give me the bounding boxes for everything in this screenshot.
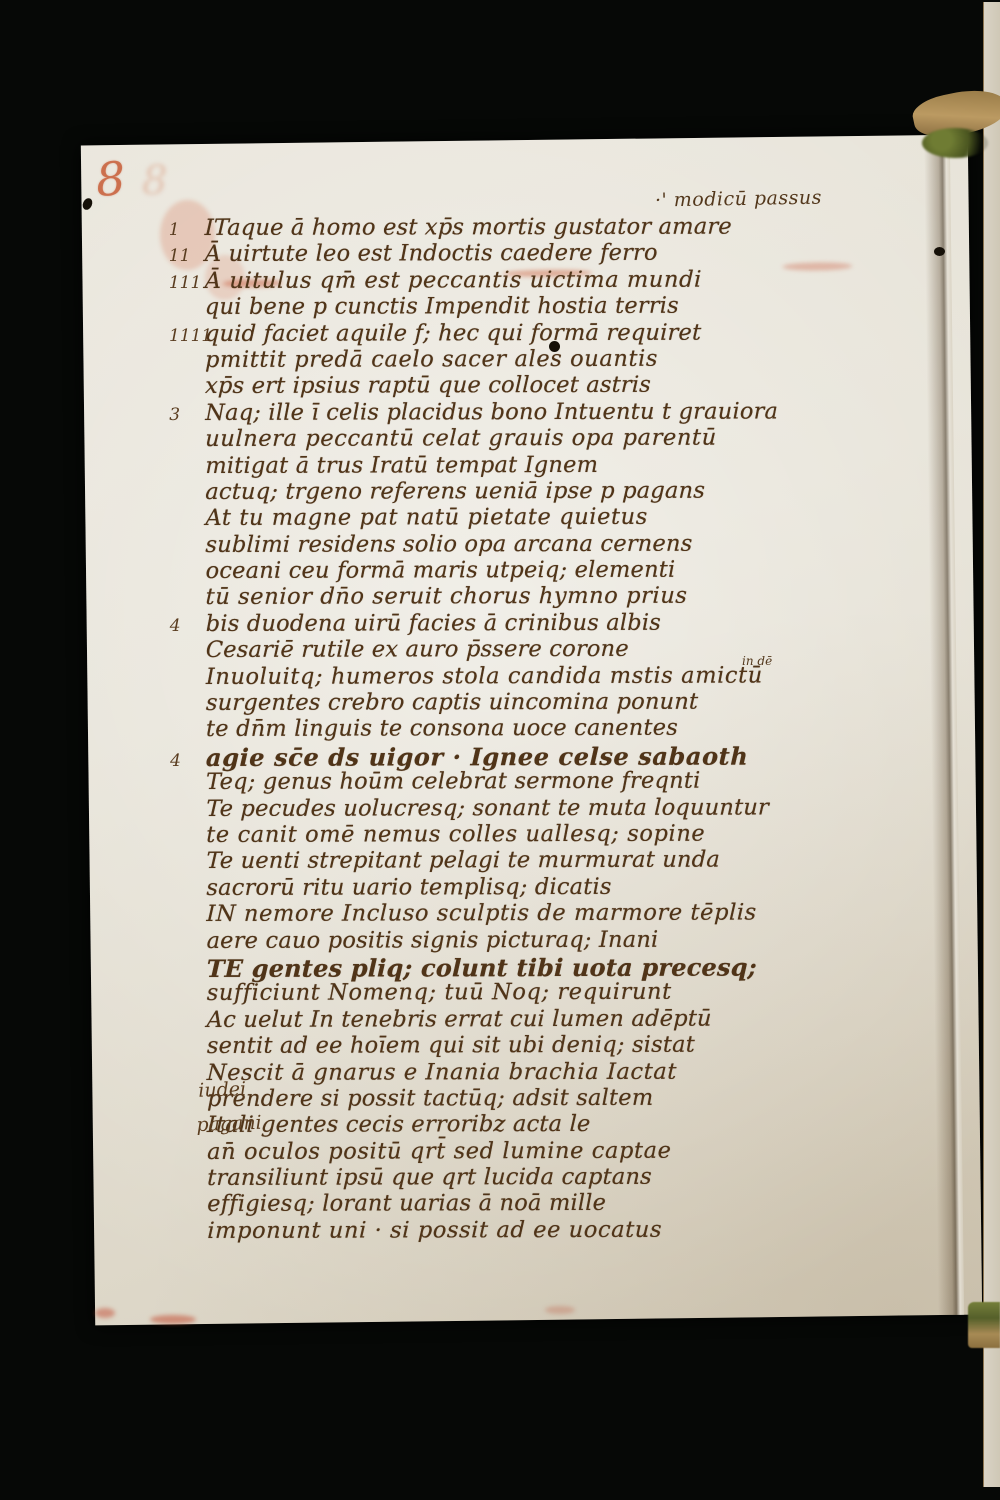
line-text: sacrorū ritu uario templisq; dicatis xyxy=(206,874,611,901)
binding-edge-bottom xyxy=(968,1302,1000,1348)
manuscript-line: qui bene p cunctis Impendit hostia terri… xyxy=(169,292,959,320)
line-text: mitigat ā trus Iratū tempat Ignem xyxy=(205,451,598,478)
manuscript-line: transiliunt ipsū que qrt lucida captans xyxy=(171,1163,961,1191)
line-text: Itali gentes cecis erroribz acta le xyxy=(207,1111,591,1138)
manuscript-line: aere cauo positis signis picturaq; Inani xyxy=(171,926,961,954)
manuscript-line: 11Ā uirtute leo est Indoctis caedere fer… xyxy=(169,239,959,267)
manuscript-line: xp̄s ert ipsius raptū que collocet astri… xyxy=(169,371,959,399)
line-text: tū senior dn̄o seruit chorus hymno prius xyxy=(205,583,688,610)
manuscript-line: 111Ā uitulus qm̄ est peccantis uictima m… xyxy=(169,266,959,294)
red-offset-stain xyxy=(150,1315,196,1324)
manuscript-line: uulnera peccantū celat grauis opa parent… xyxy=(169,424,959,452)
manuscript-line: effigiesq; lorant uarias ā noā mille xyxy=(171,1189,961,1217)
manuscript-line: 1ITaque ā homo est xp̄s mortis gustator … xyxy=(169,213,959,241)
manuscript-line: an̄ oculos positū qrt̄ sed lumine captae xyxy=(171,1137,961,1165)
top-margin-annotation: ·' modicū passus xyxy=(655,187,822,212)
manuscript-line: prendere si possit tactūq; adsit saltem xyxy=(171,1084,961,1112)
manuscript-line: 4agie sc̄e ds uigor · Ignee celse sabaot… xyxy=(170,741,960,769)
line-text: imponunt uni · si possit ad ee uocatus xyxy=(207,1217,663,1244)
line-text: ITaque ā homo est xp̄s mortis gustator a… xyxy=(204,214,732,241)
line-text: qui bene p cunctis Impendit hostia terri… xyxy=(205,293,679,320)
manuscript-line: tū senior dn̄o seruit chorus hymno prius xyxy=(170,582,960,610)
manuscript-line: surgentes crebro captis uincomina ponunt xyxy=(170,688,960,716)
manuscript-line: 3Naq; ille ī celis placidus bono Intuent… xyxy=(169,398,959,426)
manuscript-line: Itali gentes cecis erroribz acta le xyxy=(171,1110,961,1138)
line-text: Ā uitulus qm̄ est peccantis uictima mund… xyxy=(204,266,702,293)
line-number-marginal: 4 xyxy=(170,751,206,771)
folio-number-rubric: 8 xyxy=(94,151,127,207)
manuscript-line: Cesariē rutile ex auro p̄ssere corone xyxy=(170,635,960,663)
manuscript-line: imponunt uni · si possit ad ee uocatus xyxy=(171,1216,961,1244)
line-text: sentit ad ee hoīem qui sit ubi deniq; si… xyxy=(207,1032,695,1059)
manuscript-line: sentit ad ee hoīem qui sit ubi deniq; si… xyxy=(171,1031,961,1059)
manuscript-line: te dn̄m linguis te consona uoce canentes xyxy=(170,714,960,742)
line-text: pmittit predā caelo sacer ales ouantis xyxy=(205,346,658,373)
manuscript-line: Inuoluitq; humeros stola candida mstis a… xyxy=(170,662,960,690)
line-text: Te pecudes uolucresq; sonant te muta loq… xyxy=(206,794,770,821)
line-text: TE gentes pliq; colunt tibi uota precesq… xyxy=(206,952,757,982)
manuscript-line: te canit omē nemus colles uallesq; sopin… xyxy=(170,820,960,848)
interlinear-gloss: in dē xyxy=(742,654,772,668)
line-text: aere cauo positis signis picturaq; Inani xyxy=(207,926,659,953)
line-text: te dn̄m linguis te consona uoce canentes xyxy=(206,715,678,742)
line-text: Inuoluitq; humeros stola candida mstis a… xyxy=(206,662,763,689)
line-number-marginal: 3 xyxy=(169,405,205,425)
line-text: prendere si possit tactūq; adsit saltem xyxy=(207,1085,653,1112)
facing-page-edge xyxy=(983,2,1000,1487)
binding-green-decoration-top xyxy=(922,128,988,158)
manuscript-line: 1111quid faciet aquile f; hec qui formā … xyxy=(169,319,959,347)
manuscript-line: 4bis duodena uirū facies ā crinibus albi… xyxy=(170,609,960,637)
line-number-marginal: 111 xyxy=(169,273,205,293)
manuscript-line: mitigat ā trus Iratū tempat Ignem xyxy=(169,450,959,478)
line-text: At tu magne pat natū pietate quietus xyxy=(205,504,647,531)
line-text: uulnera peccantū celat grauis opa parent… xyxy=(205,425,717,452)
line-text: te canit omē nemus colles uallesq; sopin… xyxy=(206,821,705,848)
line-number-marginal: 1111 xyxy=(169,326,205,346)
line-text: Nescit ā gnarus e Inania brachia Iactat xyxy=(206,1058,677,1085)
line-text: actuq; trgeno referens ueniā ipse p paga… xyxy=(205,478,706,505)
manuscript-line: At tu magne pat natū pietate quietus xyxy=(169,503,959,531)
line-text: sublimi residens solio opa arcana cernen… xyxy=(205,530,693,557)
text-block: 1ITaque ā homo est xp̄s mortis gustator … xyxy=(169,213,962,1244)
line-text: Te uenti strepitant pelagi te murmurat u… xyxy=(206,847,720,874)
manuscript-line: sacrorū ritu uario templisq; dicatis xyxy=(170,873,960,901)
line-text: xp̄s ert ipsius raptū que collocet astri… xyxy=(205,372,652,399)
manuscript-line: TE gentes pliq; colunt tibi uota precesq… xyxy=(171,952,961,980)
line-text: IN nemore Incluso sculptis de marmore tē… xyxy=(206,900,757,927)
line-text: sufficiunt Nomenq; tuū Noq; requirunt xyxy=(207,979,672,1006)
line-text: Ac uelut In tenebris errat cui lumen adē… xyxy=(206,1005,712,1032)
line-text: transiliunt ipsū que qrt lucida captans xyxy=(207,1164,653,1191)
manuscript-line: pmittit predā caelo sacer ales ouantis xyxy=(169,345,959,373)
line-number-marginal: 1 xyxy=(169,220,205,240)
line-text: Teq; genus hoūm celebrat sermone freqnti xyxy=(206,768,700,795)
line-text: quid faciet aquile f; hec qui formā requ… xyxy=(205,319,702,346)
red-offset-stain xyxy=(545,1306,575,1314)
line-text: oceani ceu formā maris utpeiq; elementi xyxy=(206,557,676,584)
manuscript-line: Te uenti strepitant pelagi te murmurat u… xyxy=(170,846,960,874)
photograph-backdrop: 8 8 ·' modicū passus 1ITaque ā homo est … xyxy=(0,0,1000,1500)
line-text: Cesariē rutile ex auro p̄ssere corone xyxy=(205,636,629,663)
line-text: surgentes crebro captis uincomina ponunt xyxy=(206,689,699,716)
line-text: Ā uirtute leo est Indoctis caedere ferro xyxy=(205,240,658,267)
manuscript-line: Te pecudes uolucresq; sonant te muta loq… xyxy=(170,794,960,822)
manuscript-line: Ac uelut In tenebris errat cui lumen adē… xyxy=(171,1005,961,1033)
line-text: Naq; ille ī celis placidus bono Intuentu… xyxy=(205,398,778,425)
manuscript-line: Nescit ā gnarus e Inania brachia Iactat xyxy=(171,1057,961,1085)
manuscript-line: sublimi residens solio opa arcana cernen… xyxy=(169,530,959,558)
line-text: an̄ oculos positū qrt̄ sed lumine captae xyxy=(207,1137,672,1164)
line-text: bis duodena uirū facies ā crinibus albis xyxy=(206,610,661,637)
manuscript-line: oceani ceu formā maris utpeiq; elementi xyxy=(170,556,960,584)
line-number-marginal: 4 xyxy=(170,616,206,636)
red-offset-stain xyxy=(95,1308,115,1318)
line-text: agie sc̄e ds uigor · Ignee celse sabaoth xyxy=(206,741,749,771)
manuscript-line: IN nemore Incluso sculptis de marmore tē… xyxy=(170,899,960,927)
manuscript-line: actuq; trgeno referens ueniā ipse p paga… xyxy=(169,477,959,505)
line-text: effigiesq; lorant uarias ā noā mille xyxy=(207,1190,606,1217)
line-number-marginal: 11 xyxy=(169,246,205,266)
